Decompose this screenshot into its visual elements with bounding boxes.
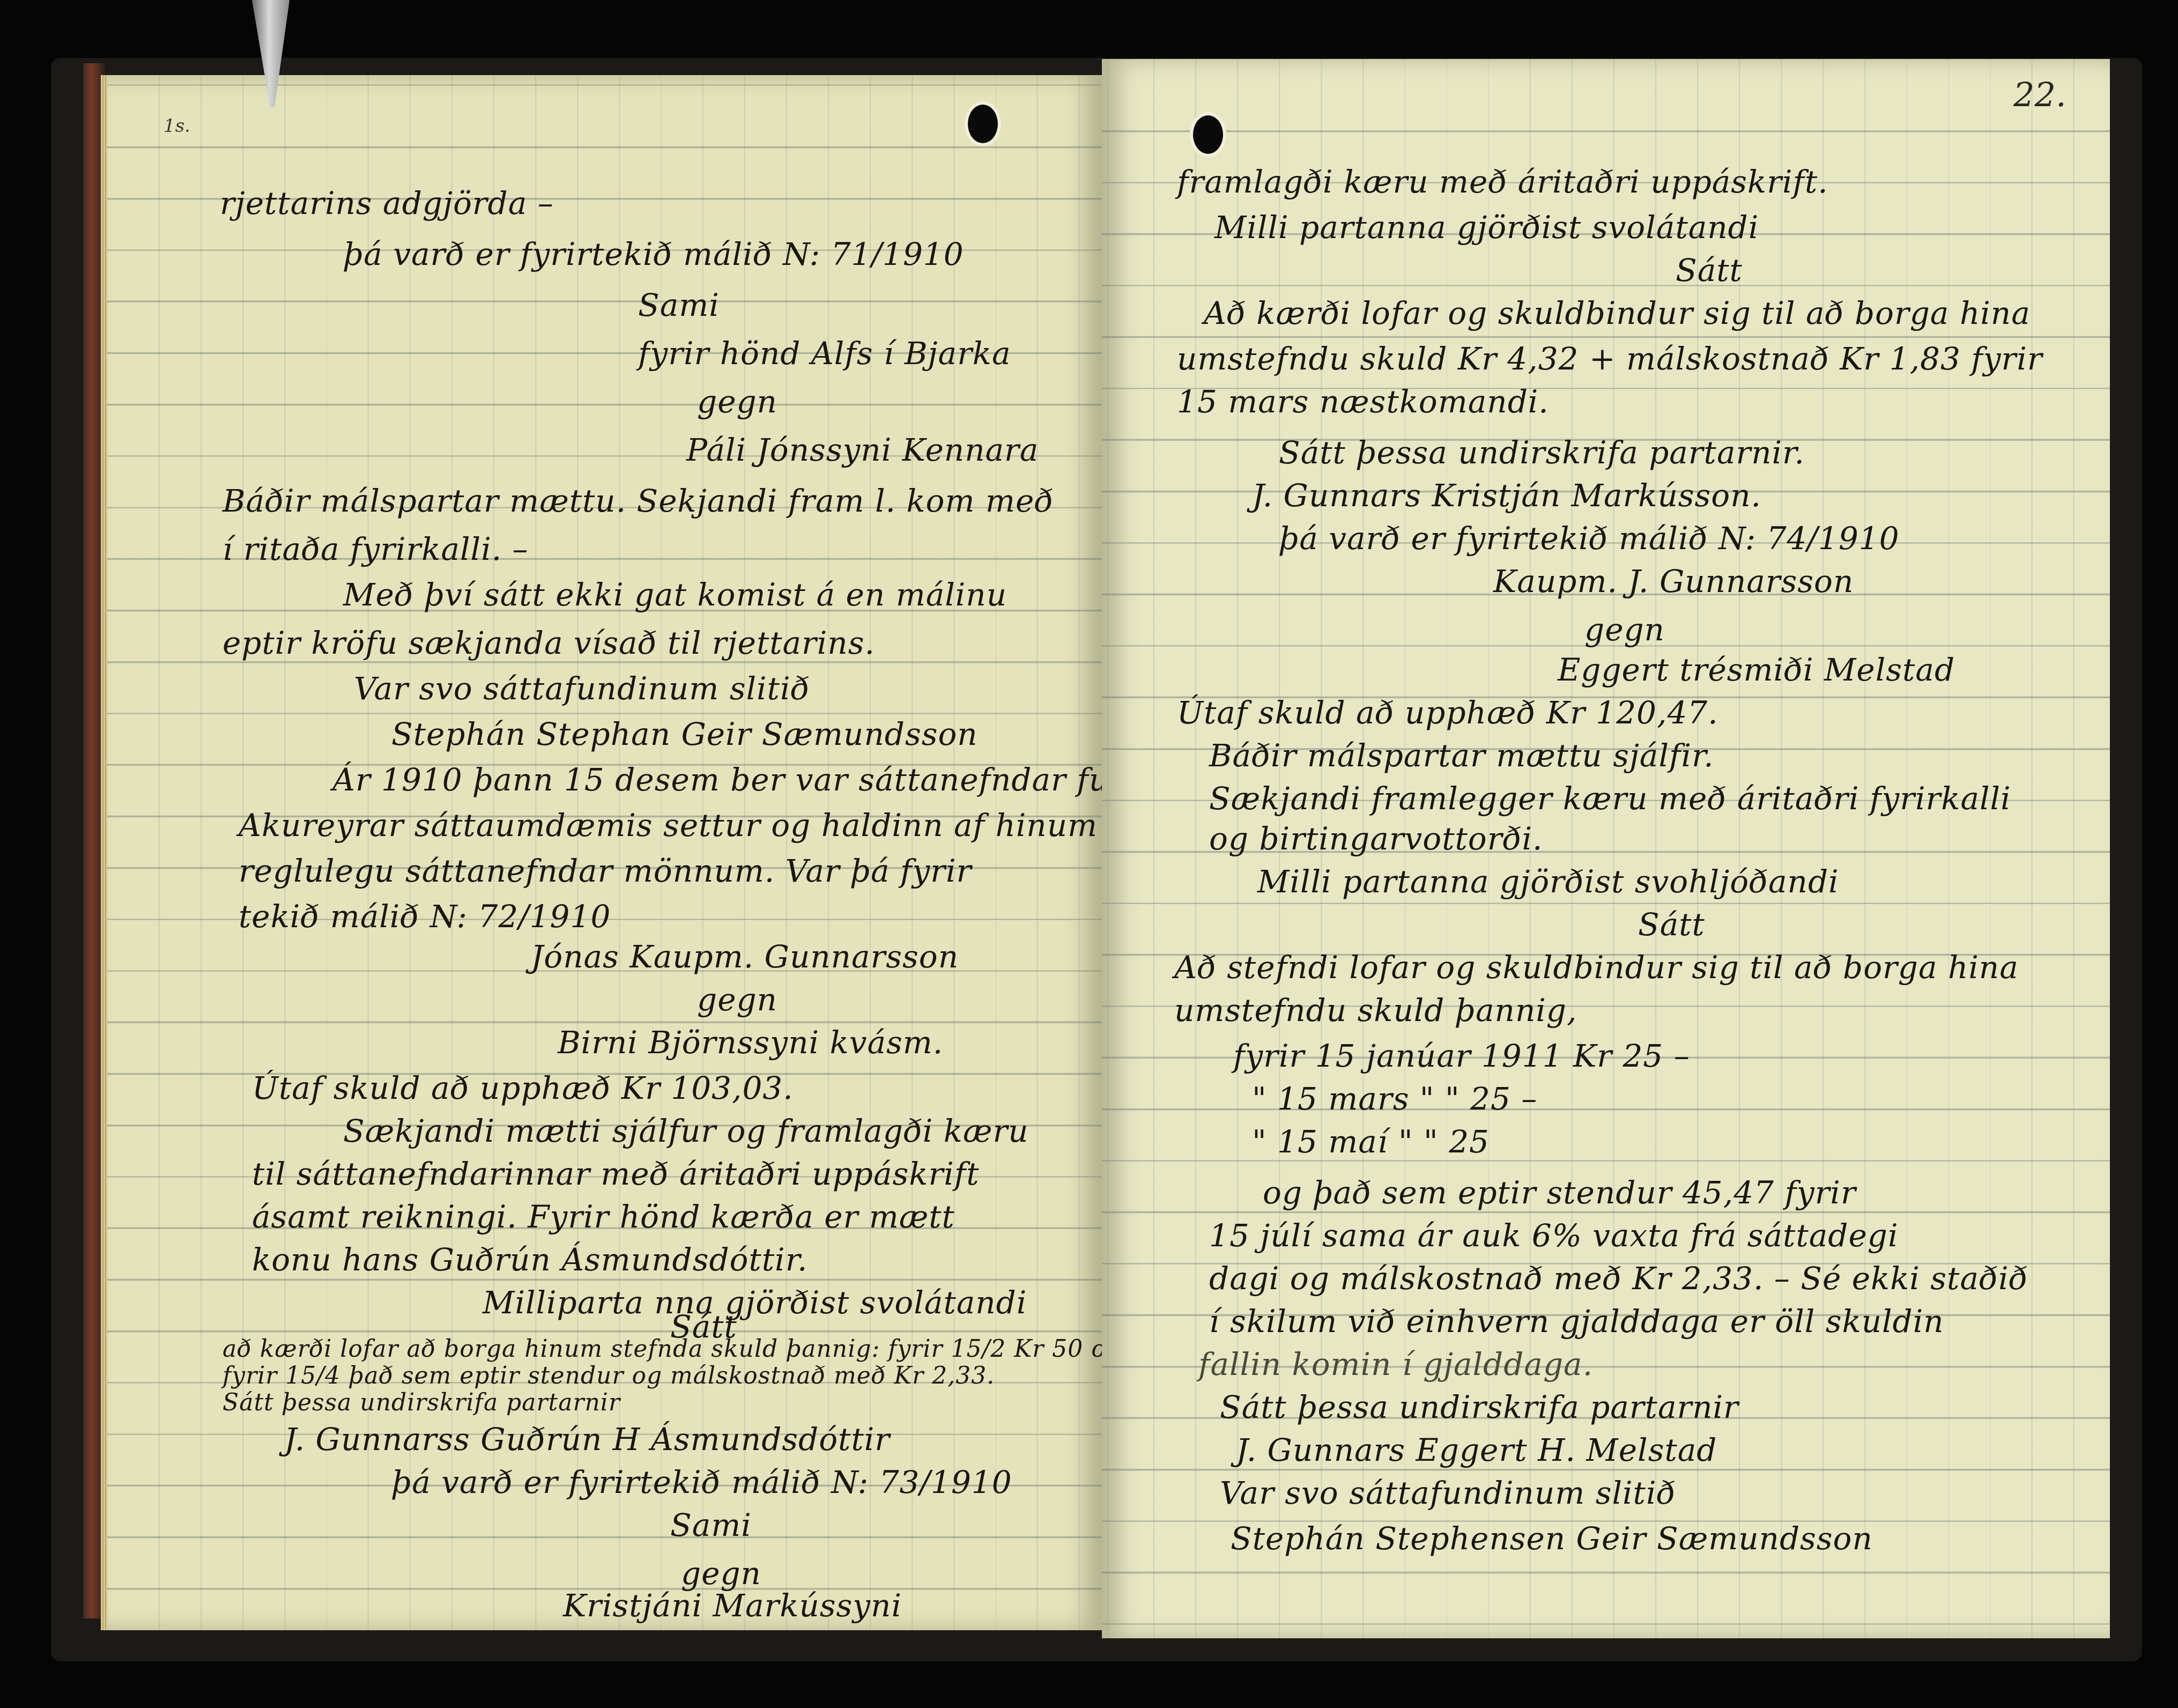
signature-line: J. Gunnars Kristján Markússon. [1252, 477, 1761, 514]
text-line: 15 júlí sama ár auk 6% vaxta frá sáttade… [1209, 1217, 1898, 1254]
text-line: gegn [697, 383, 777, 420]
text-line: fyrir hönd Alfs í Bjarka [638, 335, 1011, 372]
text-line: ásamt reikningi. Fyrir hönd kærða er mæt… [252, 1199, 955, 1235]
text-line: Útaf skuld að upphæð Kr 120,47. [1177, 694, 1718, 731]
text-line: Sami [638, 287, 720, 323]
text-line: þá varð er fyrirtekið málið N: 74/1910 [1279, 520, 1900, 557]
text-line: Sátt [1676, 252, 1743, 289]
text-line: " 15 mars " " 25 – [1252, 1081, 1537, 1117]
text-line: Var svo sáttafundinum slitið [1220, 1475, 1676, 1511]
text-line: framlagði kæru með áritaðri uppáskrift. [1177, 164, 1828, 200]
signature-line: Stephán Stephan Geir Sæmundsson [391, 716, 978, 752]
signature-line: J. Gunnars Eggert H. Melstad [1236, 1432, 1717, 1468]
text-line: umstefndu skuld Kr 4,32 + málskostnað Kr… [1177, 341, 2043, 377]
text-line: Báðir málspartar mættu. Sekjandi fram l.… [223, 483, 1054, 519]
text-line: gegn [1584, 611, 1665, 648]
text-line: Akureyrar sáttaumdæmis settur og haldinn… [239, 807, 1098, 844]
text-line: Milliparta nna gjörðist svolátandi [483, 1284, 1027, 1321]
text-line: Báðir málspartar mættu sjálfir. [1209, 737, 1714, 774]
text-line: Sátt þessa undirskrifa partarnir. [1279, 434, 1805, 471]
text-line: Útaf skuld að upphæð Kr 103,03. [252, 1070, 794, 1106]
text-line: í skilum við einhvern gjalddaga er öll s… [1209, 1303, 1944, 1340]
left-page: 1s. rjettarins adgjörda – þá varð er fyr… [107, 75, 1102, 1630]
text-line: Var svo sáttafundinum slitið [354, 670, 810, 707]
page-number: 22. [2013, 75, 2066, 114]
text-line: Páli Jónssyni Kennara [686, 432, 1039, 468]
text-line: tekið málið N: 72/1910 [239, 898, 611, 935]
text-line: dagi og málskostnað með Kr 2,33. – Sé ek… [1209, 1260, 2028, 1297]
text-line: 15 mars næstkomandi. [1177, 383, 1549, 420]
text-line: Kaupm. J. Gunnarsson [1493, 563, 1854, 600]
text-line: umstefndu skuld þannig, [1174, 992, 1577, 1029]
text-line: Milli partanna gjörðist svohljóðandi [1257, 863, 1839, 900]
punch-hole [968, 105, 998, 143]
text-line: þá varð er fyrirtekið málið N: 73/1910 [391, 1464, 1012, 1500]
text-line: í ritaða fyrirkalli. – [223, 531, 529, 567]
text-line: Birni Björnssyni kvásm. [558, 1024, 943, 1061]
corner-mark: 1s. [164, 115, 190, 137]
text-line: rjettarins adgjörda – [220, 185, 554, 221]
text-line: Sátt þessa undirskrifa partarnir [1220, 1389, 1739, 1425]
text-line: Jónas Kaupm. Gunnarsson [531, 938, 959, 975]
text-line: Sami [670, 1507, 752, 1543]
text-line: eptir kröfu sækjanda vísað til rjettarin… [223, 625, 875, 661]
text-line: konu hans Guðrún Ásmundsdóttir. [252, 1241, 808, 1278]
text-line: fyrir 15/4 það sem eptir stendur og máls… [223, 1362, 995, 1389]
text-line: Sækjandi mætti sjálfur og framlagði kæru [343, 1113, 1029, 1149]
text-line: gegn [697, 981, 777, 1018]
right-page: 22. framlagði kæru með áritaðri uppáskri… [1102, 59, 2110, 1638]
text-line: að kærði lofar að borga hinum stefnda sk… [223, 1335, 1102, 1363]
text-line: Kristjáni Markússyni [563, 1587, 902, 1624]
text-line: Milli partanna gjörðist svolátandi [1214, 209, 1759, 246]
text-line: gegn [681, 1555, 761, 1592]
text-line: þá varð er fyrirtekið málið N: 71/1910 [343, 236, 964, 272]
text-line: reglulegu sáttanefndar mönnum. Var þá fy… [239, 853, 972, 889]
text-line: Ár 1910 þann 15 desem ber var sáttanefnd… [332, 761, 1102, 798]
signature-line: J. Gunnarss Guðrún H Ásmundsdóttir [284, 1421, 890, 1458]
text-line: fallin komin í gjalddaga. [1198, 1346, 1593, 1382]
signature-line: Stephán Stephensen Geir Sæmundsson [1231, 1520, 1873, 1557]
text-line: Sátt þessa undirskrifa partarnir [223, 1389, 620, 1416]
text-line: " 15 maí " " 25 [1252, 1123, 1490, 1160]
text-line: og það sem eptir stendur 45,47 fyrir [1263, 1174, 1856, 1211]
punch-hole [1193, 115, 1223, 154]
text-line: Að stefndi lofar og skuldbindur sig til … [1174, 949, 2019, 986]
text-line: og birtingarvottorði. [1209, 820, 1543, 857]
text-line: til sáttanefndarinnar með áritaðri uppás… [252, 1156, 980, 1192]
text-line: Sækjandi framlegger kæru með áritaðri fy… [1209, 780, 2011, 817]
text-line: Sátt [1638, 906, 1705, 943]
text-line: Með því sátt ekki gat komist á en málinu [343, 576, 1007, 613]
text-line: Eggert trésmiði Melstad [1558, 652, 1955, 688]
text-line: fyrir 15 janúar 1911 Kr 25 – [1233, 1038, 1690, 1074]
text-line: Að kærði lofar og skuldbindur sig til að… [1204, 295, 2031, 331]
